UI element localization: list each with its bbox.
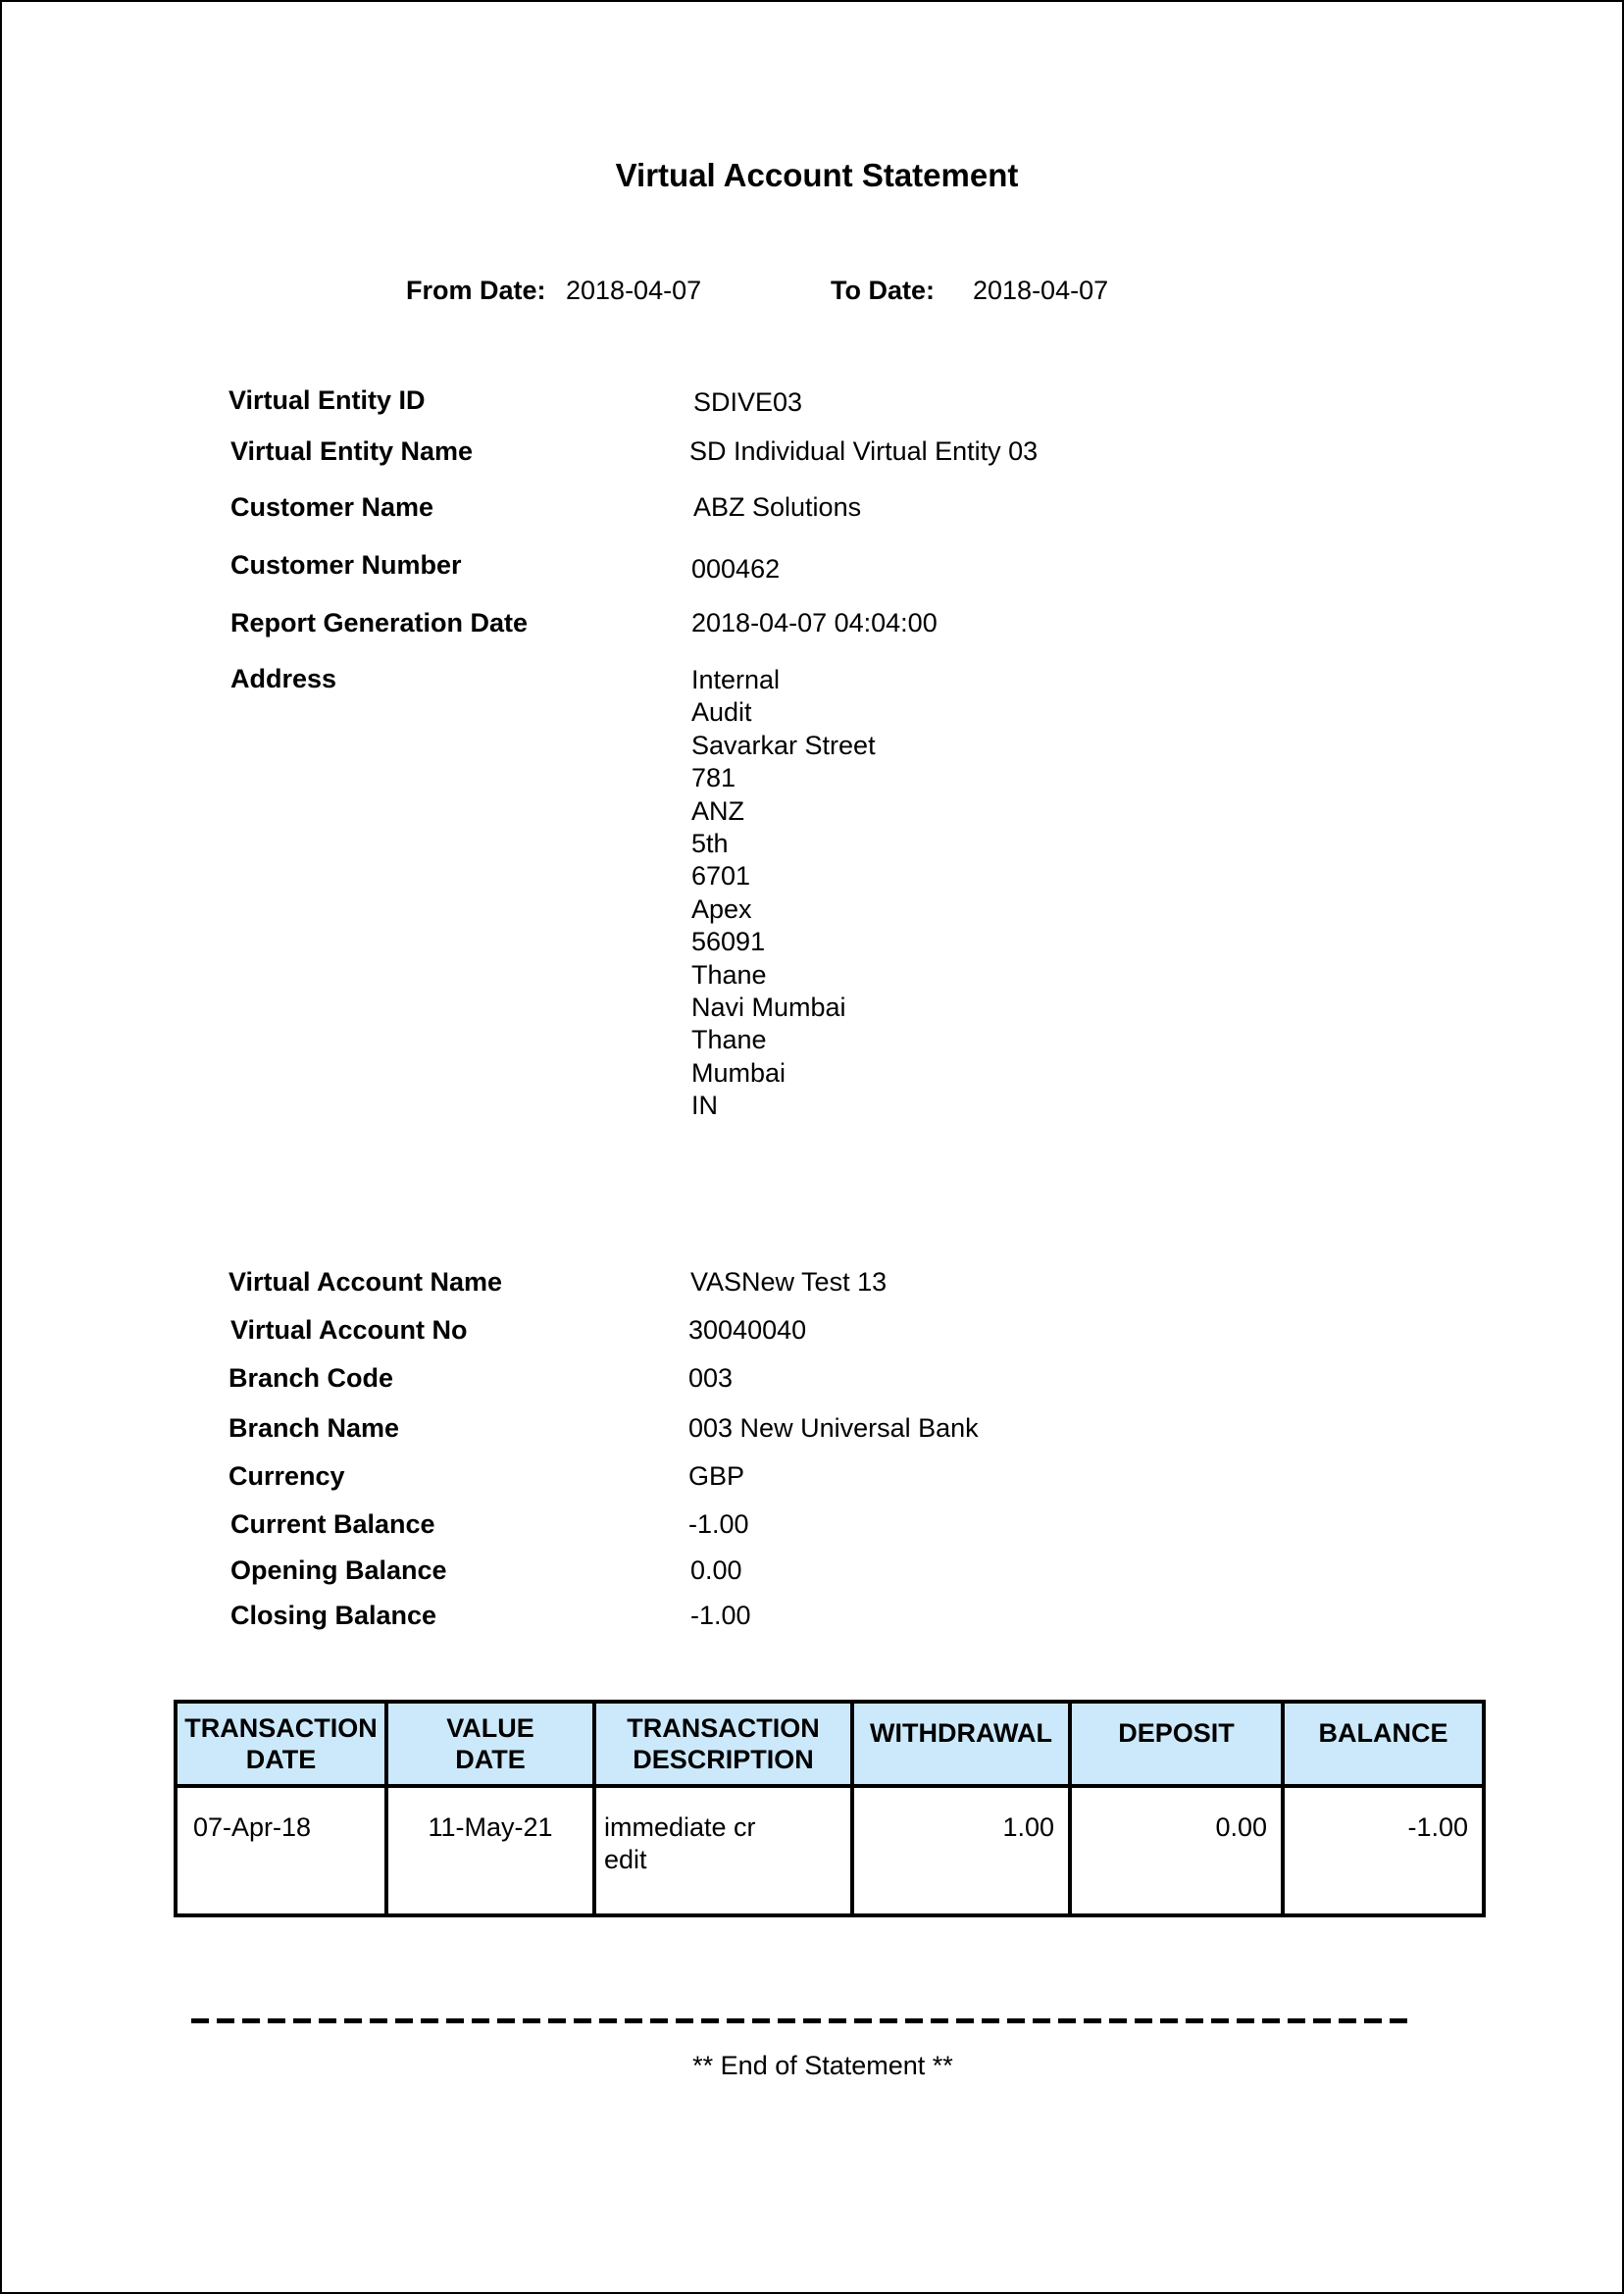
current-balance-value: -1.00 — [688, 1511, 749, 1538]
cell-balance: -1.00 — [1283, 1786, 1484, 1915]
address-lines: Internal Audit Savarkar Street 781 ANZ 5… — [691, 664, 876, 1123]
cell-deposit: 0.00 — [1070, 1786, 1283, 1915]
address-line: IN — [691, 1090, 876, 1122]
virtual-account-no-label: Virtual Account No — [230, 1317, 468, 1344]
table-row: 07-Apr-18 11-May-21 immediate credit 1.0… — [176, 1786, 1484, 1915]
address-line: Mumbai — [691, 1057, 876, 1090]
address-line: Savarkar Street — [691, 730, 876, 762]
end-of-statement: ** End of Statement ** — [0, 2053, 1624, 2079]
address-label: Address — [230, 666, 336, 692]
to-date-label: To Date: — [831, 278, 935, 304]
column-header-transaction-date: TRANSACTIONDATE — [176, 1702, 386, 1786]
branch-code-label: Branch Code — [228, 1365, 393, 1392]
opening-balance-value: 0.00 — [690, 1557, 742, 1584]
address-line: 5th — [691, 828, 876, 860]
virtual-account-name-label: Virtual Account Name — [228, 1269, 502, 1296]
report-generation-date-value: 2018-04-07 04:04:00 — [691, 610, 938, 637]
address-line: Apex — [691, 893, 876, 926]
customer-number-value: 000462 — [691, 556, 780, 583]
currency-value: GBP — [688, 1463, 744, 1490]
customer-number-label: Customer Number — [230, 552, 462, 579]
virtual-entity-id-label: Virtual Entity ID — [228, 387, 426, 414]
virtual-entity-name-value: SD Individual Virtual Entity 03 — [689, 438, 1038, 465]
address-line: Thane — [691, 1024, 876, 1056]
column-header-balance: BALANCE — [1283, 1702, 1484, 1786]
column-header-transaction-description: TRANSACTIONDESCRIPTION — [594, 1702, 852, 1786]
report-generation-date-label: Report Generation Date — [230, 610, 528, 637]
virtual-entity-id-value: SDIVE03 — [693, 389, 802, 416]
address-line: Thane — [691, 959, 876, 992]
branch-name-value: 003 New Universal Bank — [688, 1415, 979, 1442]
from-date-value: 2018-04-07 — [566, 278, 701, 304]
address-line: Audit — [691, 696, 876, 729]
branch-name-label: Branch Name — [228, 1415, 399, 1442]
cell-withdrawal: 1.00 — [852, 1786, 1070, 1915]
virtual-account-name-value: VASNew Test 13 — [690, 1269, 887, 1296]
virtual-entity-name-label: Virtual Entity Name — [230, 438, 473, 465]
transactions-table: TRANSACTIONDATE VALUEDATE TRANSACTIONDES… — [174, 1700, 1486, 1917]
cell-transaction-date: 07-Apr-18 — [176, 1786, 386, 1915]
column-header-withdrawal: WITHDRAWAL — [852, 1702, 1070, 1786]
statement-title: Virtual Account Statement — [0, 159, 1624, 191]
customer-name-label: Customer Name — [230, 494, 433, 521]
from-date-label: From Date: — [406, 278, 546, 304]
column-header-value-date: VALUEDATE — [386, 1702, 594, 1786]
table-header-row: TRANSACTIONDATE VALUEDATE TRANSACTIONDES… — [176, 1702, 1484, 1786]
dashed-separator — [191, 2018, 1415, 2023]
opening-balance-label: Opening Balance — [230, 1557, 447, 1584]
address-line: 56091 — [691, 926, 876, 958]
column-header-deposit: DEPOSIT — [1070, 1702, 1283, 1786]
address-line: 781 — [691, 762, 876, 794]
cell-description: immediate credit — [594, 1786, 852, 1915]
branch-code-value: 003 — [688, 1365, 733, 1392]
address-line: ANZ — [691, 795, 876, 828]
virtual-account-no-value: 30040040 — [688, 1317, 806, 1344]
closing-balance-label: Closing Balance — [230, 1603, 436, 1629]
closing-balance-value: -1.00 — [690, 1603, 751, 1629]
address-line: Navi Mumbai — [691, 992, 876, 1024]
to-date-value: 2018-04-07 — [973, 278, 1108, 304]
cell-value-date: 11-May-21 — [386, 1786, 594, 1915]
currency-label: Currency — [228, 1463, 345, 1490]
customer-name-value: ABZ Solutions — [693, 494, 861, 521]
current-balance-label: Current Balance — [230, 1511, 435, 1538]
address-line: Internal — [691, 664, 876, 696]
page-border — [0, 0, 1624, 2294]
address-line: 6701 — [691, 860, 876, 892]
